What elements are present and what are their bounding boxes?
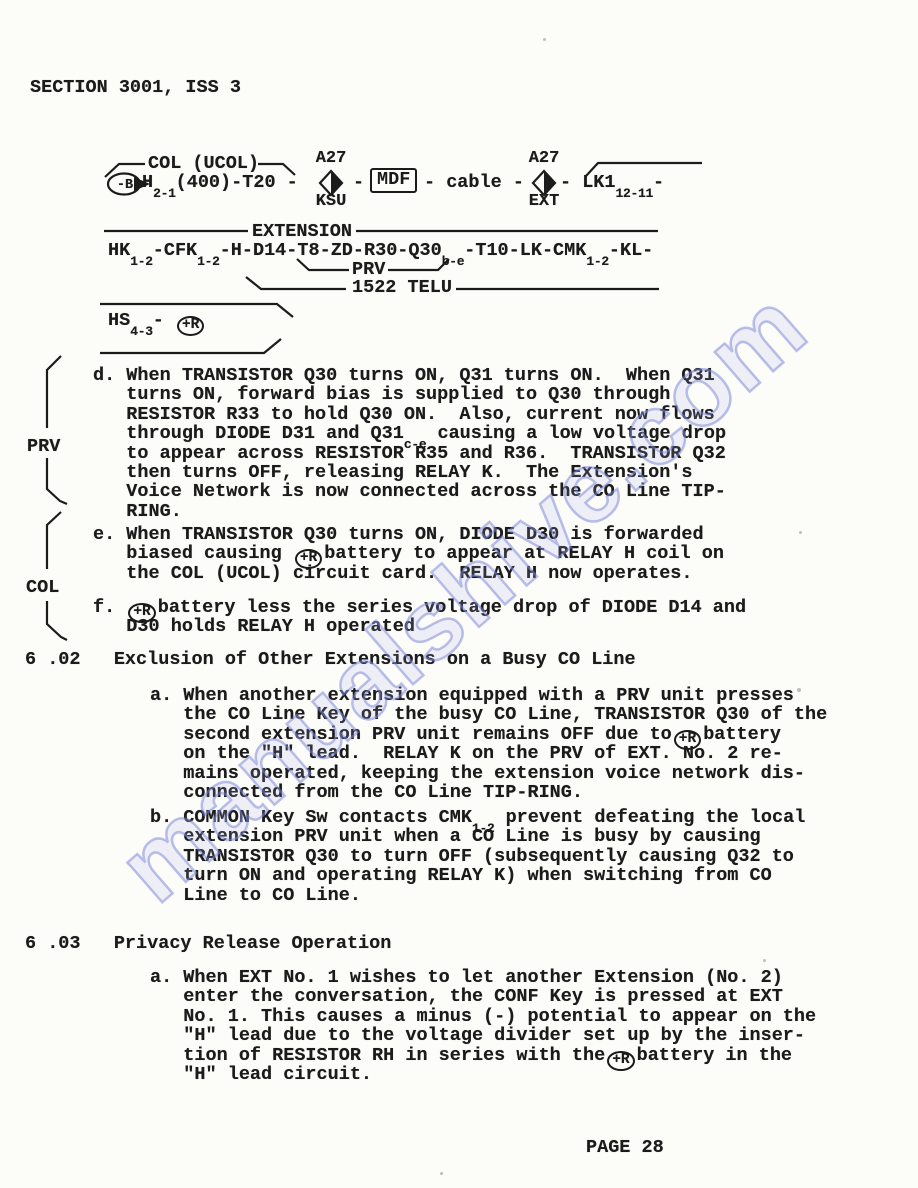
ext-top-label: A27: [524, 149, 564, 168]
ext-bottom-label: EXT: [524, 192, 564, 211]
scan-speck: [440, 1172, 443, 1175]
battery-b-label: -B: [110, 176, 140, 195]
scan-speck: [797, 688, 801, 692]
scan-speck: [799, 531, 802, 534]
paragraph-e: e. When TRANSISTOR Q30 turns ON, DIODE D…: [93, 525, 724, 583]
extension-label: EXTENSION: [252, 222, 352, 241]
mdf-box: MDF: [370, 168, 417, 193]
scan-speck: [763, 959, 766, 962]
diagram-cable-text: - cable -: [424, 173, 524, 192]
col-side-bracket: [47, 512, 67, 640]
page-number: PAGE 28: [586, 1138, 664, 1157]
section-603-heading: 6 .03 Privacy Release Operation: [25, 934, 391, 953]
paragraph-d: d. When TRANSISTOR Q30 turns ON, Q31 tur…: [93, 366, 726, 521]
telu-underbrace: [246, 277, 659, 289]
document-page: SECTION 3001, ISS 3: [0, 0, 918, 1188]
diagram-line1-left: H2-1(400)-T20 -: [142, 173, 298, 192]
paragraph-603a: a. When EXT No. 1 wishes to let another …: [150, 968, 816, 1084]
col-side-label: COL: [26, 578, 59, 597]
paragraph-602b: b. COMMON Key Sw contacts CMK1-2 prevent…: [150, 808, 805, 905]
extension-formula: HK1-2-CFK1-2-H-D14-T8-ZD-R30-Q30b-e-T10-…: [108, 241, 653, 260]
hs-line: HS4-3- +R: [108, 311, 206, 330]
ksu-bottom-label: KSU: [311, 192, 351, 211]
prv-side-bracket: [47, 356, 67, 504]
diagram-dash: -: [353, 173, 364, 192]
ksu-top-label: A27: [311, 149, 351, 168]
telu-label: 1522 TELU: [352, 278, 452, 297]
col-ucol-label: COL (UCOL): [148, 154, 259, 173]
paragraph-f: f. +Rbattery less the series voltage dro…: [93, 598, 746, 637]
paragraph-602a: a. When another extension equipped with …: [150, 686, 827, 802]
scan-speck: [543, 38, 546, 41]
section-header: SECTION 3001, ISS 3: [30, 78, 241, 97]
diagram-line1-right: - LK112-11-: [560, 173, 664, 192]
prv-side-label: PRV: [27, 437, 60, 456]
section-602-heading: 6 .02 Exclusion of Other Extensions on a…: [25, 650, 636, 669]
